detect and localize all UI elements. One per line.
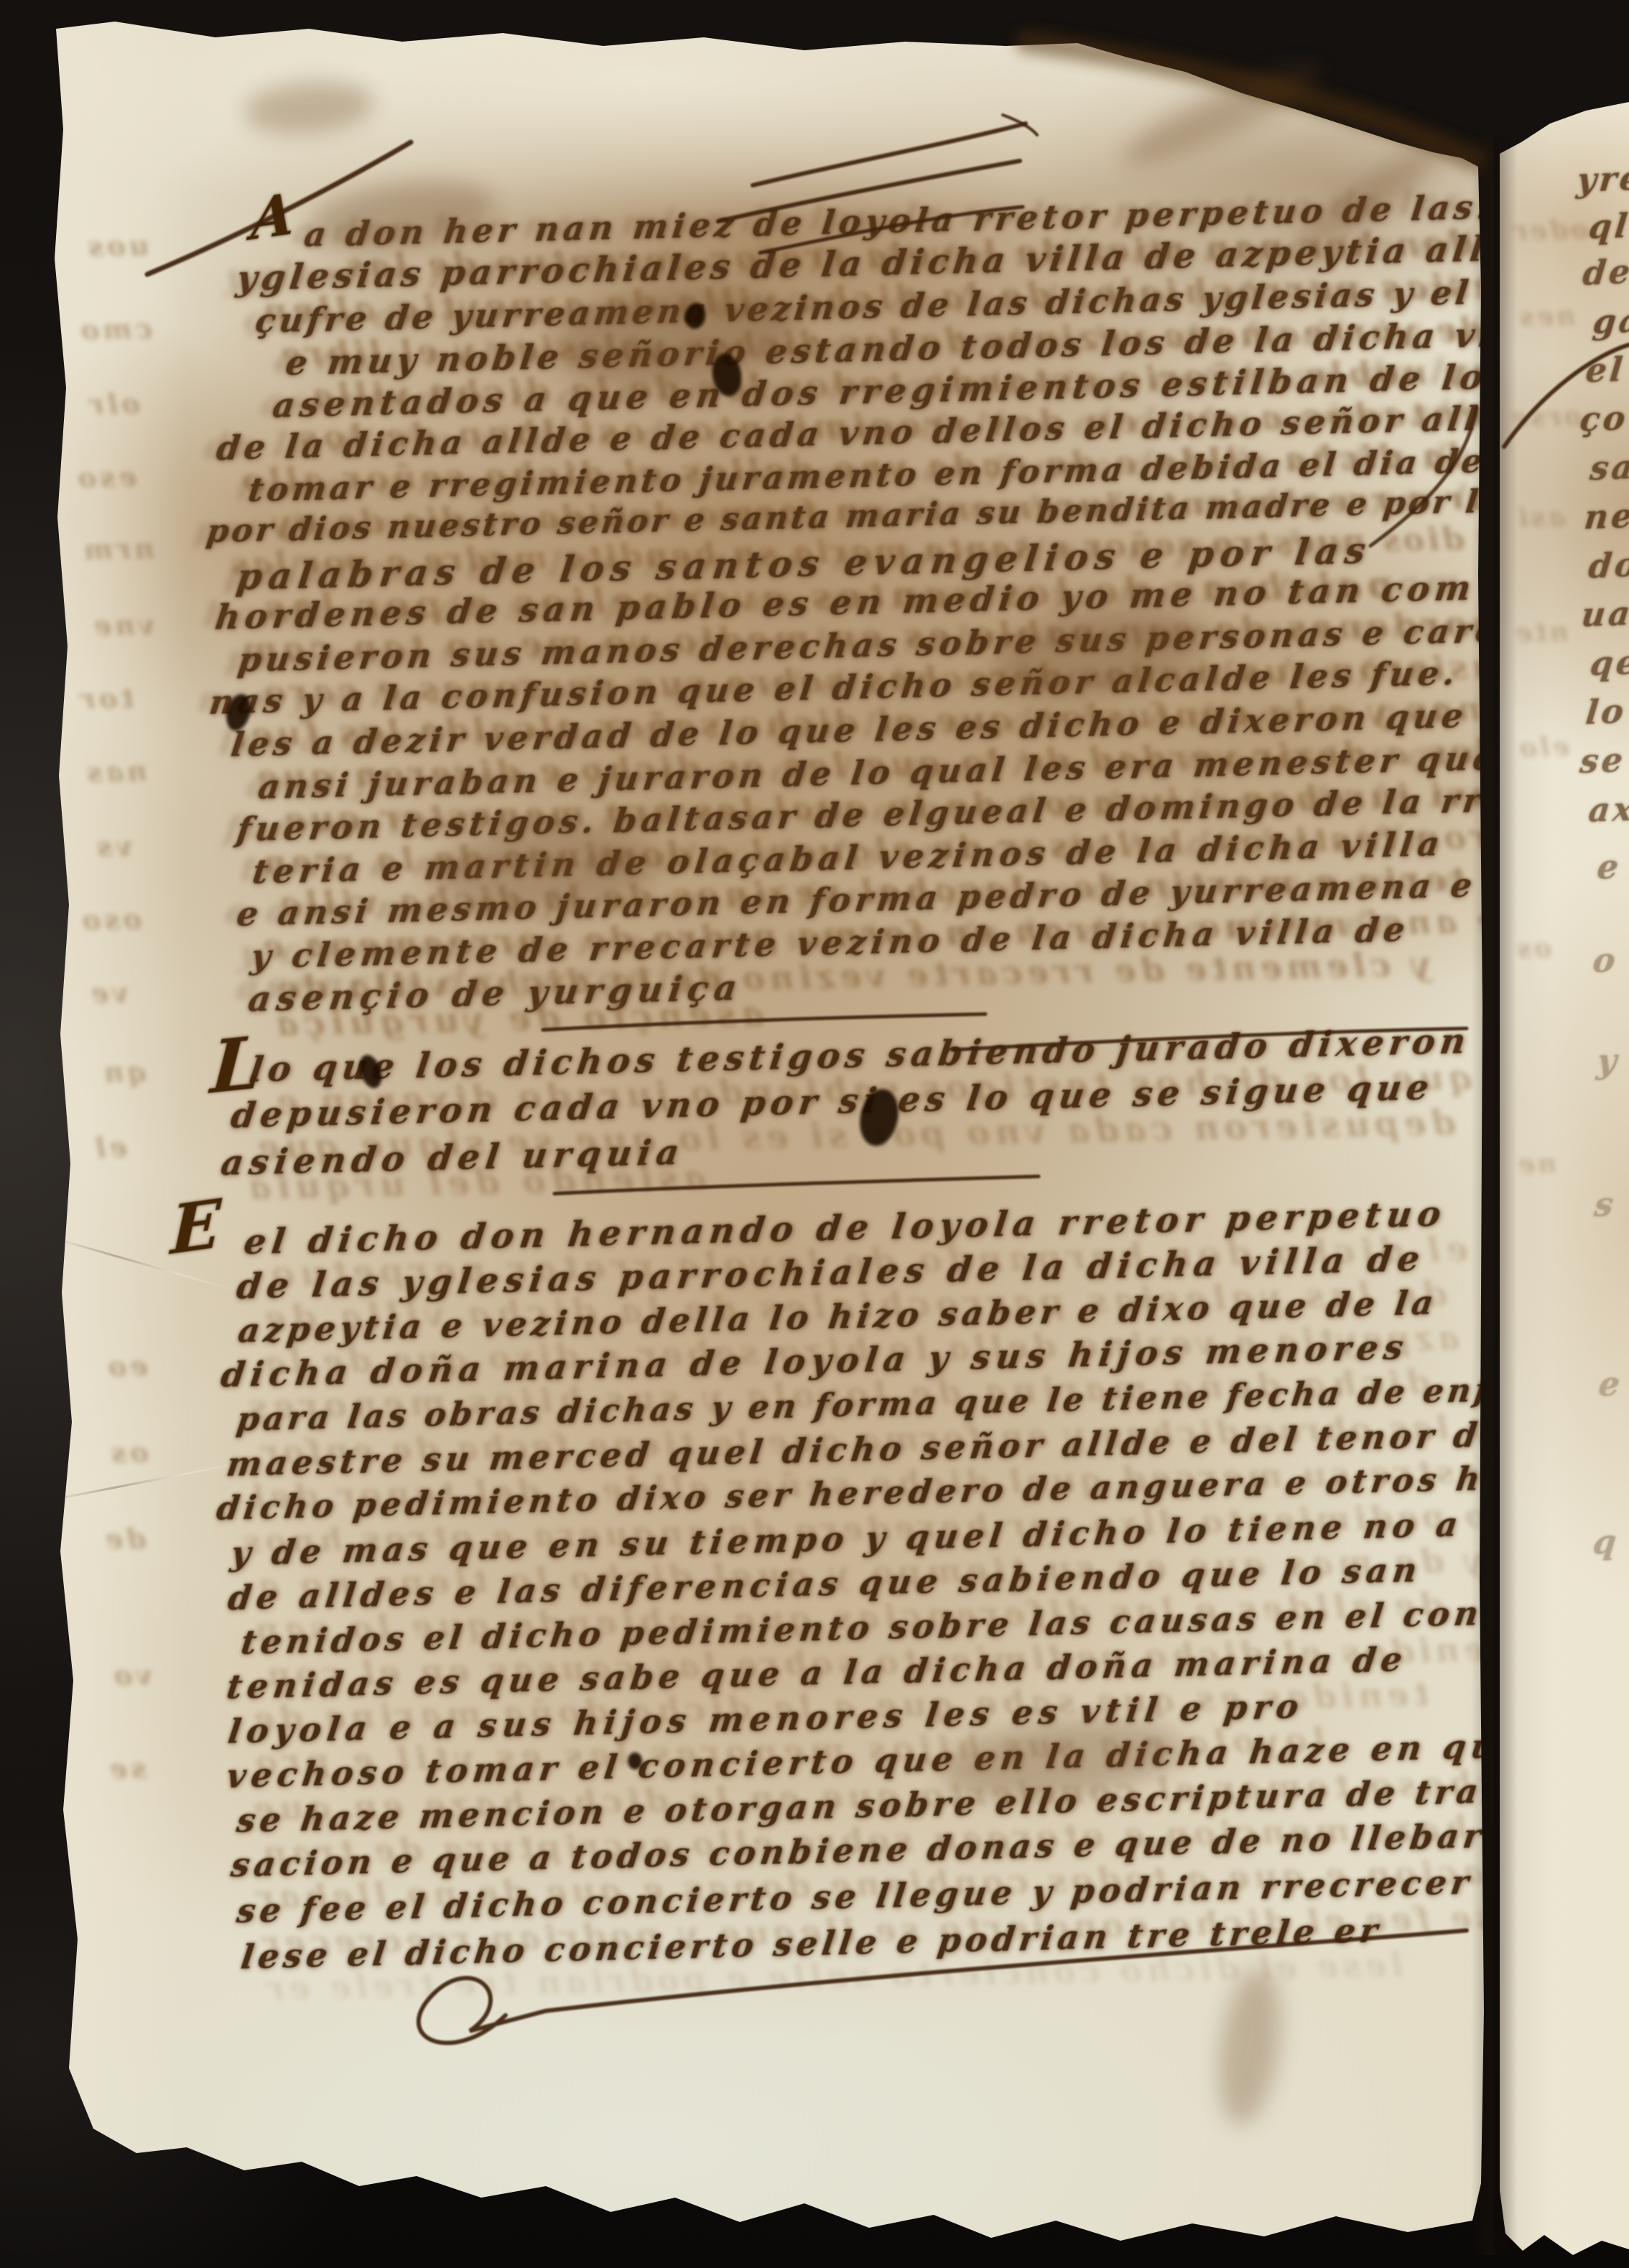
- margin-bleed-mark: nas: [83, 755, 148, 789]
- adjacent-leaf-bleed-mark: elo: [1517, 732, 1569, 763]
- adjacent-leaf-text-fragment: e: [1595, 847, 1623, 886]
- adjacent-leaf-bleed-mark: asi: [1516, 502, 1566, 533]
- margin-bleed-mark: vs: [93, 829, 132, 863]
- margin-bleed-mark: qn: [101, 1055, 147, 1088]
- adjacent-leaf-text-fragment: q: [1591, 1522, 1621, 1561]
- adjacent-leaf-text-fragment: y: [1595, 1041, 1621, 1080]
- manuscript-left-leaf: a don her nan miez de loyola rretor perp…: [0, 0, 1629, 2268]
- adjacent-leaf-text-fragment: do: [1587, 545, 1629, 586]
- adjacent-leaf-text-fragment: o: [1591, 940, 1620, 980]
- manuscript-photo: a don her nan miez de loyola rretor perp…: [0, 0, 1629, 2268]
- adjacent-leaf-text-fragment: qe: [1588, 643, 1629, 684]
- margin-bleed-mark: os: [108, 1436, 149, 1469]
- adjacent-leaf-text-fragment: e: [1597, 1364, 1625, 1403]
- margin-bleed-mark: eo: [105, 1349, 148, 1382]
- margin-bleed-mark: eso: [75, 460, 137, 494]
- adjacent-leaf-text-fragment: el: [1584, 350, 1627, 390]
- adjacent-leaf-text-fragment: ne: [1582, 496, 1629, 537]
- margin-bleed-mark: el: [92, 1130, 128, 1163]
- adjacent-leaf-text-fragment: ço: [1578, 399, 1629, 440]
- adjacent-leaf-text-fragment: ax: [1587, 789, 1629, 830]
- margin-bleed-mark: oso: [79, 903, 142, 937]
- margin-bleed-mark: vo: [111, 1658, 152, 1691]
- margin-bleed-mark: uos: [85, 229, 149, 263]
- margin-bleed-mark: tor: [78, 682, 134, 715]
- margin-bleed-mark: de: [102, 1522, 147, 1555]
- paragraph-initial-flourish-2: L: [208, 1019, 264, 1110]
- adjacent-leaf-text-fragment: ua: [1579, 594, 1629, 635]
- adjacent-leaf-bleed-mark: nes: [1517, 301, 1576, 333]
- paragraph-initial-flourish-1: A: [250, 181, 295, 254]
- margin-bleed-mark: vne: [90, 608, 155, 642]
- paragraph-initial-flourish-3: E: [170, 1184, 222, 1270]
- adjacent-leaf-text-fragment: ga: [1591, 301, 1629, 342]
- adjacent-leaf-text-fragment: sa: [1588, 447, 1629, 488]
- margin-bleed-mark: cmo: [78, 312, 153, 346]
- margin-bleed-mark: olr: [86, 387, 141, 421]
- adjacent-leaf-bleed-mark: os: [1514, 933, 1552, 964]
- adjacent-leaf-bleed-mark: oder: [1511, 215, 1589, 246]
- margin-bleed-mark: nrm: [80, 532, 155, 566]
- adjacent-leaf-bleed-mark: orse: [1508, 401, 1582, 433]
- adjacent-leaf-text-fragment: ql: [1587, 206, 1629, 246]
- adjacent-leaf-text-fragment: de: [1581, 252, 1629, 293]
- adjacent-leaf-bleed-mark: ne: [1516, 1148, 1557, 1179]
- adjacent-leaf-text-fragment: yre: [1575, 158, 1629, 199]
- adjacent-leaf-text-fragment: lo: [1584, 692, 1628, 732]
- adjacent-leaf-text-fragment: se: [1578, 740, 1628, 781]
- adjacent-leaf-text-fragment: s: [1592, 1184, 1618, 1224]
- adjacent-leaf-bleed-mark: nte: [1513, 617, 1569, 649]
- margin-bleed-mark: se: [106, 1752, 147, 1785]
- margin-bleed-mark: ve: [88, 976, 129, 1009]
